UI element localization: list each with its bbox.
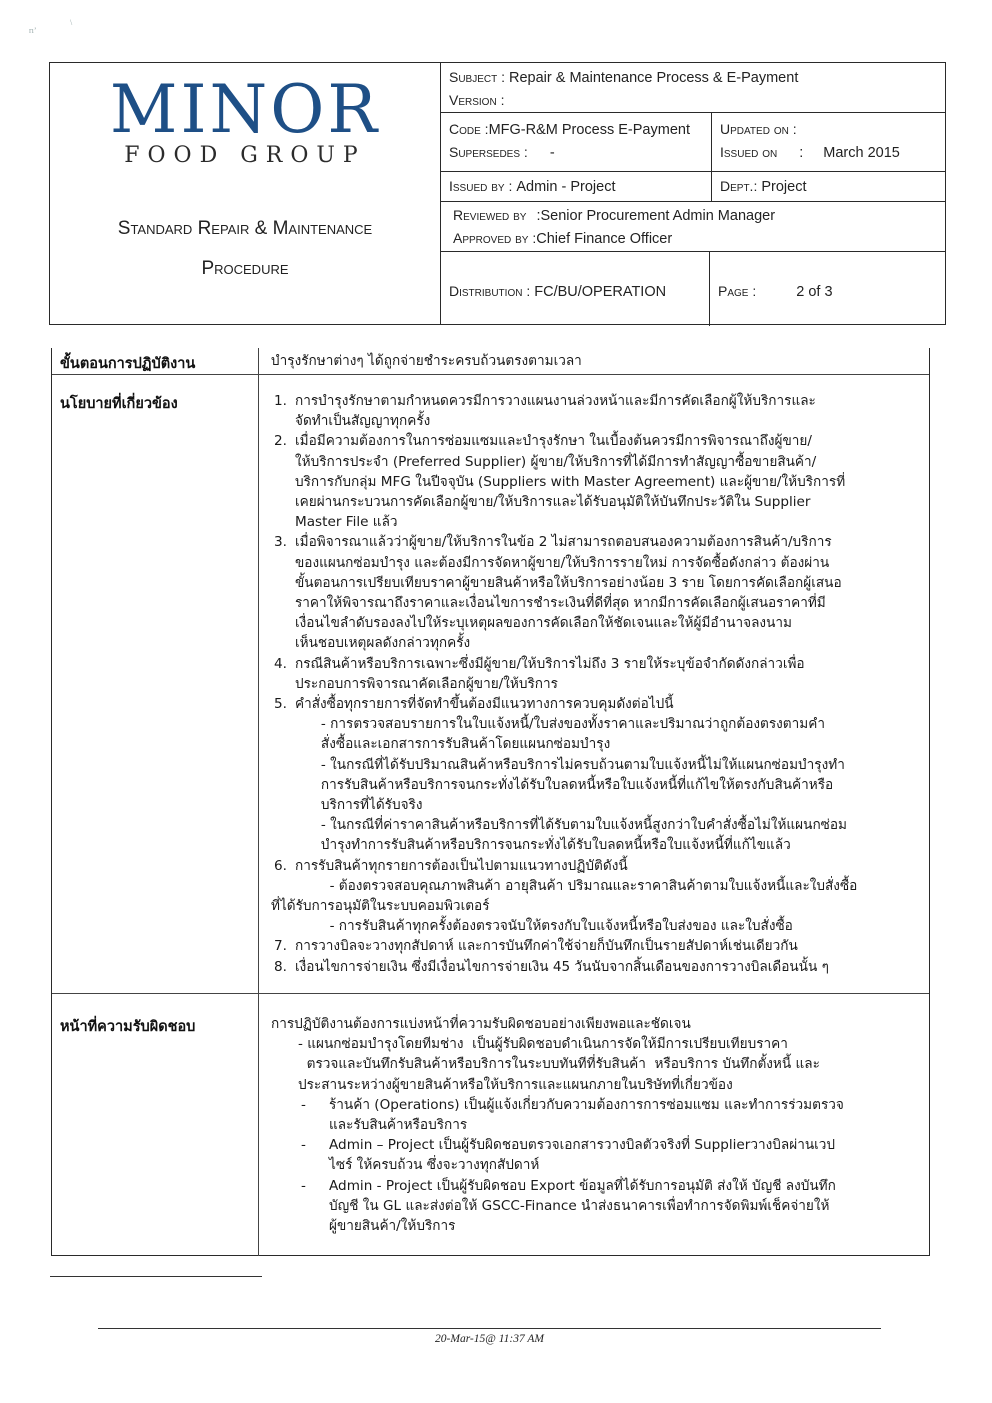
- policy-item: 8.เงื่อนไขการจ่ายเงิน ซึ่งมีเงื่อนไขการจ…: [271, 957, 919, 977]
- policy-sub-item: - การตรวจสอบรายการในใบแจ้งหนี้/ใบส่งของท…: [295, 714, 919, 754]
- policy-sub-line: ที่ได้รับการอนุมัติในระบบคอมพิวเตอร์: [271, 896, 919, 916]
- procedure-table: ขั้นตอนการปฏิบัติงาน บำรุงรักษาต่างๆ ได้…: [51, 348, 930, 1256]
- policy-item-line: ราคาให้พิจารณาถึงราคาและเงื่อนไขการชำระเ…: [295, 593, 919, 613]
- policy-item-number: 3.: [274, 532, 287, 552]
- responsibility-item: -ร้านค้า (Operations) เป็นผู้แจ้งเกี่ยวก…: [271, 1095, 919, 1135]
- policy-item-number: 6.: [274, 856, 287, 876]
- scan-artifact: rı’: [29, 26, 37, 35]
- issued-on-label: Issued on: [720, 144, 777, 160]
- responsibility-line: - แผนกซ่อมบำรุงโดยทีมช่าง เป็นผู้รับผิดช…: [271, 1034, 919, 1054]
- subject-value: Repair & Maintenance Process & E-Payment: [509, 70, 798, 86]
- meta-row-reviewed: Reviewed by:Senior Procurement Admin Man…: [441, 202, 945, 252]
- dept-value: Project: [761, 179, 806, 195]
- responsibility-maintenance-team: - แผนกซ่อมบำรุงโดยทีมช่าง เป็นผู้รับผิดช…: [271, 1034, 919, 1095]
- policy-item-line: เงื่อนไขลำดับรองลงไปให้ระบุเหตุผลของการค…: [295, 613, 919, 633]
- policy-list: 1.การบำรุงรักษาตามกำหนดควรมีการวางแผนงาน…: [271, 391, 919, 977]
- policy-item-line: เห็นชอบเหตุผลดังกล่าวทุกครั้ง: [295, 633, 919, 653]
- policy-sub-line: บำรุงทำการรับสินค้าหรือบริการจนกระทั่งได…: [295, 835, 919, 855]
- policy-sub-line: - การรับสินค้าทุกครั้งต้องตรวจนับให้ตรงก…: [295, 916, 919, 936]
- responsibility-item-line: และรับสินค้าหรือบริการ: [329, 1115, 919, 1135]
- version-label: Version :: [449, 92, 504, 108]
- responsibility-item-line: ไซร์ ให้ครบถ้วน ซึ่งจะวางทุกสัปดาห์: [329, 1155, 919, 1175]
- policy-item-line: การวางบิลจะวางทุกสัปดาห์ และการบันทึกค่า…: [295, 936, 919, 956]
- policy-item-number: 4.: [274, 654, 287, 674]
- issued-on-separator: :: [799, 145, 803, 161]
- policy-sub-item: - การรับสินค้าทุกครั้งต้องตรวจนับให้ตรงก…: [295, 916, 919, 936]
- responsibility-item-line: ร้านค้า (Operations) เป็นผู้แจ้งเกี่ยวกั…: [329, 1095, 919, 1115]
- meta-row-code: Code :MFG-R&M Process E-Payment Supersed…: [441, 113, 945, 172]
- responsibility-intro: การปฏิบัติงานต้องการแบ่งหน้าที่ความรับผิ…: [271, 1014, 919, 1034]
- footer-separator: [98, 1328, 881, 1329]
- responsibility-item-line: Admin - Project เป็นผู้รับผิดชอบ Export …: [329, 1176, 919, 1196]
- meta-row-distribution: Distribution :FC/BU/OPERATION Page :2 of…: [441, 252, 945, 326]
- meta-row-subject: Subject :Repair & Maintenance Process & …: [441, 63, 945, 113]
- procedure-label: ขั้นตอนการปฏิบัติงาน: [60, 356, 195, 372]
- policy-sub-line: บริการที่ได้รับจริง: [295, 795, 919, 815]
- supersedes-value: -: [550, 145, 555, 161]
- policy-item: 4.กรณีสินค้าหรือบริการเฉพาะซึ่งมีผู้ขาย/…: [271, 654, 919, 694]
- policy-sub-line: - ในกรณีที่ค่าราคาสินค้าหรือบริการที่ได้…: [295, 815, 919, 835]
- policy-item: 3.เมื่อพิจารณาแล้วว่าผู้ขาย/ให้บริการในข…: [271, 532, 919, 653]
- supersedes-label: Supersedes :: [449, 144, 528, 160]
- policy-item-number: 7.: [274, 936, 287, 956]
- subject-label: Subject :: [449, 69, 505, 85]
- policy-item: 5.คำสั่งซื้อทุกรายการที่จัดทำขึ้นต้องมีแ…: [271, 694, 919, 856]
- responsibility-item-line: Admin – Project เป็นผู้รับผิดชอบตรวจเอกส…: [329, 1135, 919, 1155]
- dept-label: Dept.:: [720, 178, 757, 194]
- policy-item-line: Master File แล้ว: [295, 512, 919, 532]
- document-title: Standard Repair & Maintenance Procedure: [50, 209, 440, 289]
- responsibility-item-line: บัญชี ใน GL และส่งต่อให้ GSCC-Finance นำ…: [329, 1196, 919, 1216]
- policy-item-line: เงื่อนไขการจ่ายเงิน ซึ่งมีเงื่อนไขการจ่า…: [295, 957, 919, 977]
- distribution-label: Distribution :: [449, 283, 530, 299]
- policy-item-line: ของแผนกซ่อมบำรุง และต้องมีการจัดหาผู้ขาย…: [295, 553, 919, 573]
- policy-item-line: ขั้นตอนการเปรียบเทียบราคาผู้ขายสินค้าหรื…: [295, 573, 919, 593]
- row-procedure: ขั้นตอนการปฏิบัติงาน บำรุงรักษาต่างๆ ได้…: [52, 348, 929, 375]
- policy-item-line: เมื่อพิจารณาแล้วว่าผู้ขาย/ให้บริการในข้อ…: [295, 532, 919, 552]
- bullet-dash-icon: -: [301, 1135, 306, 1155]
- policy-item-number: 1.: [274, 391, 287, 411]
- document-title-line-1: Standard Repair & Maintenance: [50, 209, 440, 249]
- policy-item: 6.การรับสินค้าทุกรายการต้องเป็นไปตามแนวท…: [271, 856, 919, 937]
- policy-item-line: เคยผ่านกระบวนการคัดเลือกผู้ขาย/ให้บริการ…: [295, 492, 919, 512]
- issued-by-value: Admin - Project: [516, 179, 615, 195]
- logo-food-group: FOOD GROUP: [50, 143, 440, 169]
- procedure-text: บำรุงรักษาต่างๆ ได้ถูกจ่ายชำระครบถ้วนตรง…: [259, 348, 929, 374]
- policy-item-line: ให้บริการประจำ (Preferred Supplier) ผู้ข…: [295, 452, 919, 472]
- code-label: Code :: [449, 121, 489, 137]
- policy-label: นโยบายที่เกี่ยวข้อง: [60, 396, 178, 412]
- policy-sub-item: - ในกรณีที่ค่าราคาสินค้าหรือบริการที่ได้…: [295, 815, 919, 855]
- document-title-line-2: Procedure: [50, 249, 440, 289]
- policy-item-line: การบำรุงรักษาตามกำหนดควรมีการวางแผนงานล่…: [295, 391, 919, 411]
- policy-item-line: กรณีสินค้าหรือบริการเฉพาะซึ่งมีผู้ขาย/ให…: [295, 654, 919, 674]
- approved-by-label: Approved by :: [453, 230, 536, 246]
- document-header: MINOR FOOD GROUP Standard Repair & Maint…: [49, 62, 946, 325]
- updated-on-label: Updated on :: [720, 121, 797, 137]
- scan-artifact: \: [70, 18, 72, 27]
- responsibility-item-line: ผู้ขายสินค้า/ให้บริการ: [329, 1216, 919, 1236]
- policy-item-line: ประกอบการพิจารณาคัดเลือกผู้ขาย/ให้บริการ: [295, 674, 919, 694]
- bullet-dash-icon: -: [301, 1176, 306, 1196]
- approved-by-value: Chief Finance Officer: [536, 231, 672, 247]
- distribution-value: FC/BU/OPERATION: [534, 284, 666, 300]
- policy-sub-item: - ในกรณีที่ได้รับปริมาณสินค้าหรือบริการไ…: [295, 755, 919, 816]
- header-branding: MINOR FOOD GROUP Standard Repair & Maint…: [50, 63, 441, 324]
- policy-sub-item: - ต้องตรวจสอบคุณภาพสินค้า อายุสินค้า ปริ…: [295, 876, 919, 916]
- policy-sub-line: - ต้องตรวจสอบคุณภาพสินค้า อายุสินค้า ปริ…: [295, 876, 919, 896]
- policy-item-line: เมื่อมีความต้องการในการซ่อมแซมและบำรุงรั…: [295, 431, 919, 451]
- policy-item-line: จัดทำเป็นสัญญาทุกครั้ง: [295, 411, 919, 431]
- footer-timestamp: 20-Mar-15@ 11:37 AM: [98, 1333, 881, 1345]
- policy-item: 2.เมื่อมีความต้องการในการซ่อมแซมและบำรุง…: [271, 431, 919, 532]
- responsibility-line: ประสานระหว่างผู้ขายสินค้าหรือให้บริการแล…: [271, 1075, 919, 1095]
- row-policy: นโยบายที่เกี่ยวข้อง 1.การบำรุงรักษาตามกำ…: [52, 375, 929, 994]
- code-value: MFG-R&M Process E-Payment: [489, 122, 690, 138]
- row-responsibility: หน้าที่ความรับผิดชอบ การปฏิบัติงานต้องกา…: [52, 994, 929, 1256]
- footnote-separator: [50, 1276, 262, 1277]
- policy-item-line: บริการกับกลุ่ม MFG ในปีจจุบัน (Suppliers…: [295, 472, 919, 492]
- reviewed-by-label: Reviewed by: [453, 207, 526, 223]
- responsibility-label: หน้าที่ความรับผิดชอบ: [60, 1019, 195, 1035]
- policy-item-line: คำสั่งซื้อทุกรายการที่จัดทำขึ้นต้องมีแนว…: [295, 694, 919, 714]
- responsibility-line: ตรวจและบันทึกรับสินค้าหรือบริการในระบบทั…: [271, 1054, 919, 1074]
- meta-row-issued-by: Issued by :Admin - Project Dept.:Project: [441, 172, 945, 202]
- header-metadata: Subject :Repair & Maintenance Process & …: [441, 63, 945, 324]
- policy-sub-line: สั่งซื้อและเอกสารการรับสินค้าโดยแผนกซ่อม…: [295, 734, 919, 754]
- issued-on-value: March 2015: [823, 145, 900, 161]
- responsibility-item: -Admin – Project เป็นผู้รับผิดชอบตรวจเอก…: [271, 1135, 919, 1175]
- policy-item-line: การรับสินค้าทุกรายการต้องเป็นไปตามแนวทาง…: [295, 856, 919, 876]
- responsibility-list: -ร้านค้า (Operations) เป็นผู้แจ้งเกี่ยวก…: [271, 1095, 919, 1236]
- logo-minor: MINOR: [50, 75, 440, 145]
- policy-sub-line: - การตรวจสอบรายการในใบแจ้งหนี้/ใบส่งของท…: [295, 714, 919, 734]
- policy-sub-line: การรับสินค้าหรือบริการจนกระทั่งได้รับใบล…: [295, 775, 919, 795]
- policy-item: 7.การวางบิลจะวางทุกสัปดาห์ และการบันทึกค…: [271, 936, 919, 956]
- policy-item-number: 2.: [274, 431, 287, 451]
- page-number: 2 of 3: [796, 284, 832, 300]
- reviewed-by-value: Senior Procurement Admin Manager: [541, 208, 776, 224]
- responsibility-item: -Admin - Project เป็นผู้รับผิดชอบ Export…: [271, 1176, 919, 1237]
- bullet-dash-icon: -: [301, 1095, 306, 1115]
- page-label: Page :: [718, 283, 756, 299]
- policy-item-number: 5.: [274, 694, 287, 714]
- policy-item: 1.การบำรุงรักษาตามกำหนดควรมีการวางแผนงาน…: [271, 391, 919, 431]
- policy-item-number: 8.: [274, 957, 287, 977]
- policy-sub-line: - ในกรณีที่ได้รับปริมาณสินค้าหรือบริการไ…: [295, 755, 919, 775]
- issued-by-label: Issued by :: [449, 178, 512, 194]
